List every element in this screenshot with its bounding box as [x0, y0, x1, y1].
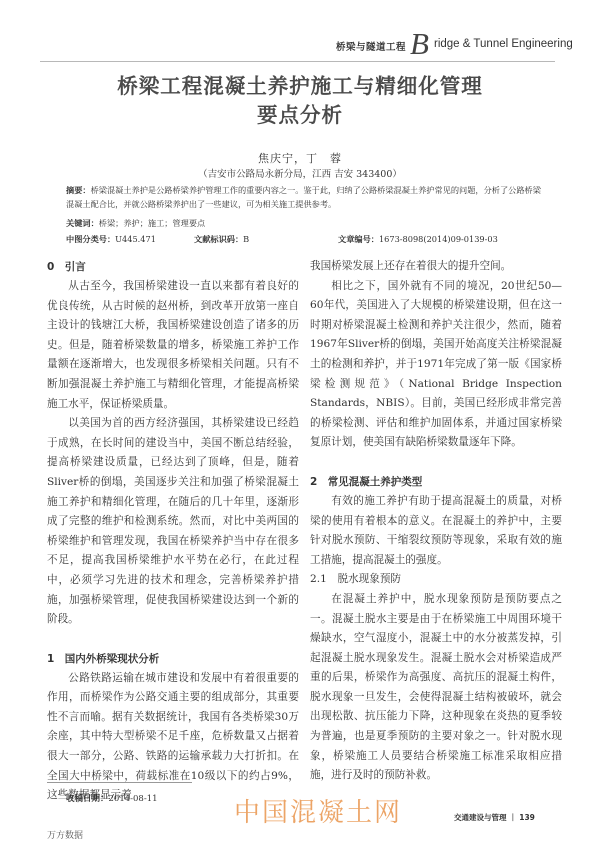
- section-2-1-heading: 2.1 脱水现象预防: [310, 570, 562, 590]
- source-label: 万方数据: [47, 828, 83, 841]
- running-header: 桥梁与隧道工程 B ridge & Tunnel Engineering: [0, 32, 600, 62]
- header-divider: [40, 61, 555, 62]
- section-2-1-paragraph-1: 在混凝土养护中，脱水现象预防是预防要点之一。混凝土脱水主要是由于在桥梁施工中周围…: [310, 590, 562, 786]
- doc-code-value: B: [243, 234, 249, 244]
- footnote-divider: [47, 782, 192, 783]
- keywords-label: 关键词：: [66, 218, 99, 228]
- abstract: 摘要：桥梁混凝土养护是公路桥梁养护管理工作的重要内容之一。鉴于此，归纳了公路桥梁…: [66, 183, 546, 211]
- section-initial: B: [410, 26, 429, 62]
- abstract-text: 桥梁混凝土养护是公路桥梁养护管理工作的重要内容之一。鉴于此，归纳了公路桥梁混凝土…: [66, 185, 541, 209]
- section-name-cn: 桥梁与隧道工程: [336, 39, 406, 53]
- document-code: 文献标识码：B: [194, 234, 249, 245]
- abstract-label: 摘要：: [66, 185, 91, 195]
- right-column: 我国桥梁发展上还存在着很大的提升空间。 相比之下，国外就有不同的境况，20世纪5…: [310, 257, 562, 786]
- article-no-label: 文章编号：: [338, 234, 379, 244]
- article-number: 文章编号：1673-8098(2014)09-0139-03: [338, 234, 498, 245]
- clc-value: U445.471: [115, 234, 156, 244]
- right-paragraph-2: 相比之下，国外就有不同的境况，20世纪50—60年代，美国进入了大规模的桥梁建设…: [310, 277, 562, 453]
- section-2-heading: 2 常见混凝土养护类型: [310, 472, 562, 492]
- watermark: 中国混凝土网: [234, 792, 402, 829]
- section-0-paragraph-2: 以美国为首的西方经济强国，其桥梁建设已经趋于成熟，在长时间的建设当中，美国不断总…: [47, 414, 299, 630]
- keywords-text: 桥梁；养护；施工；管理要点: [99, 218, 205, 228]
- keywords: 关键词：桥梁；养护；施工；管理要点: [66, 218, 546, 229]
- section-1-paragraph-1: 公路铁路运输在城市建设和发展中有着很重要的作用，而桥梁作为公路交通主要的组成部分…: [47, 669, 299, 806]
- clc-number: 中图分类号：U445.471: [66, 234, 156, 245]
- affiliation: （吉安市公路局永新分局，江西 吉安 343400）: [0, 166, 600, 180]
- article-title: 桥梁工程混凝土养护施工与精细化管理 要点分析: [40, 72, 560, 130]
- doc-code-label: 文献标识码：: [194, 234, 243, 244]
- section-0-paragraph-1: 从古至今，我国桥梁建设一直以来都有着良好的优良传统，从古时候的赵州桥，到改革开放…: [47, 277, 299, 414]
- section-1-heading: 1 国内外桥梁现状分析: [47, 649, 299, 669]
- title-line-2: 要点分析: [40, 101, 560, 130]
- journal-page-number: 交通建设与管理 ｜ 139: [454, 812, 535, 823]
- left-column: 0 引言 从古至今，我国桥梁建设一直以来都有着良好的优良传统，从古时候的赵州桥，…: [47, 257, 299, 806]
- authors: 焦庆宁，丁 蓉: [0, 150, 600, 166]
- continued-paragraph: 我国桥梁发展上还存在着很大的提升空间。: [310, 257, 562, 277]
- section-0-heading: 0 引言: [47, 257, 299, 277]
- received-label: 收稿日期：: [66, 794, 109, 804]
- received-date: 收稿日期：2014-08-11: [66, 792, 158, 804]
- received-value: 2014-08-11: [109, 794, 158, 804]
- title-line-1: 桥梁工程混凝土养护施工与精细化管理: [40, 72, 560, 101]
- clc-label: 中图分类号：: [66, 234, 115, 244]
- article-no-value: 1673-8098(2014)09-0139-03: [379, 234, 498, 244]
- section-name-en: ridge & Tunnel Engineering: [434, 38, 573, 50]
- section-2-paragraph-1: 有效的施工养护有助于提高混凝土的质量，对桥梁的使用有着根本的意义。在混凝土的养护…: [310, 492, 562, 570]
